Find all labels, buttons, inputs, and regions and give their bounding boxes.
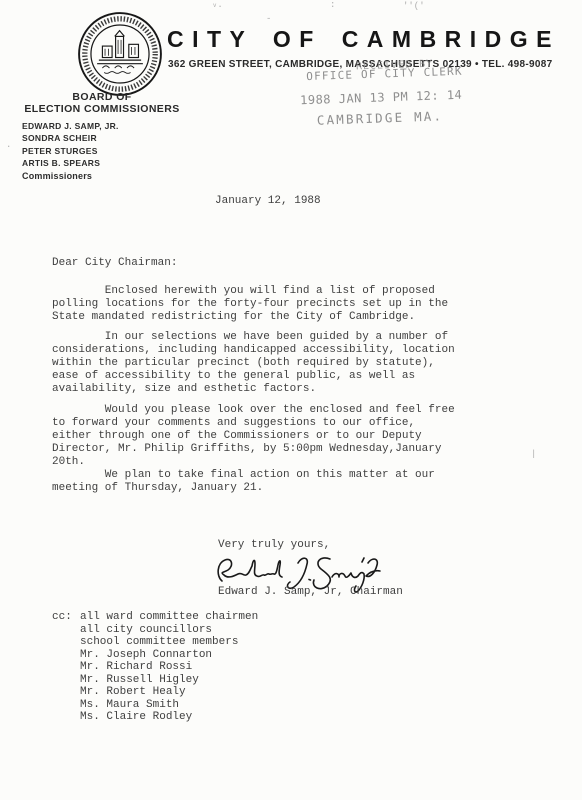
letter-page: CITY OF CAMBRIDGE 362 GREEN STREET, CAMB…	[0, 0, 582, 800]
commissioner-name: ARTIS B. SPEARS	[22, 157, 119, 169]
cc-item: Mr. Richard Rossi	[80, 661, 258, 674]
cc-list: all ward committee chairmen all city cou…	[80, 611, 258, 724]
commissioner-name: SONDRA SCHEIR	[22, 132, 119, 144]
stamp-office: OFFICE OF CITY CLERK	[306, 65, 463, 83]
board-line2: ELECTION COMMISSIONERS	[14, 104, 190, 116]
paragraph-1: Enclosed herewith you will find a list o…	[52, 285, 522, 324]
city-seal-icon	[76, 10, 164, 98]
cc-label: cc:	[52, 611, 72, 623]
commissioner-name: PETER STURGES	[22, 145, 119, 157]
cc-item: school committee members	[80, 636, 258, 649]
cc-item: Ms. Maura Smith	[80, 699, 258, 712]
cc-item: Mr. Robert Healy	[80, 686, 258, 699]
scan-artifact: ᵛ·	[212, 2, 223, 12]
commissioners-caption: Commissioners	[22, 170, 119, 182]
stamp-datetime: 1988 JAN 13 PM 12: 14	[300, 88, 463, 108]
salutation: Dear City Chairman:	[52, 257, 522, 270]
letter-date: January 12, 1988	[215, 195, 321, 207]
cc-item: Ms. Claire Rodley	[80, 711, 258, 724]
signed-name: Edward J. Samp, Jr, Chairman	[218, 586, 403, 598]
letter-body: Dear City Chairman: Enclosed herewith yo…	[52, 257, 522, 495]
paragraph-3: Would you please look over the enclosed …	[52, 404, 522, 469]
scan-artifact: |	[531, 449, 536, 459]
commissioner-list: EDWARD J. SAMP, JR. SONDRA SCHEIR PETER …	[22, 120, 119, 182]
received-stamp: RECEIVED BY OFFICE OF CITY CLERK 1988 JA…	[294, 57, 496, 134]
letterhead-title: CITY OF CAMBRIDGE	[167, 26, 560, 53]
cc-item: all city councillors	[80, 624, 258, 637]
cc-item: Mr. Joseph Connarton	[80, 649, 258, 662]
cc-item: all ward committee chairmen	[80, 611, 258, 624]
scan-artifact: ·	[6, 142, 11, 152]
paragraph-2: In our selections we have been guided by…	[52, 331, 522, 396]
scan-artifact: ''('	[403, 1, 425, 11]
board-line1: BOARD OF	[14, 92, 190, 104]
stamp-location: CAMBRIDGE MA.	[317, 108, 444, 127]
scan-artifact: -	[266, 14, 271, 24]
commissioner-name: EDWARD J. SAMP, JR.	[22, 120, 119, 132]
cc-item: Mr. Russell Higley	[80, 674, 258, 687]
board-heading: BOARD OF ELECTION COMMISSIONERS	[14, 92, 190, 115]
paragraph-4: We plan to take final action on this mat…	[52, 469, 522, 495]
scan-artifact: :	[330, 0, 335, 10]
